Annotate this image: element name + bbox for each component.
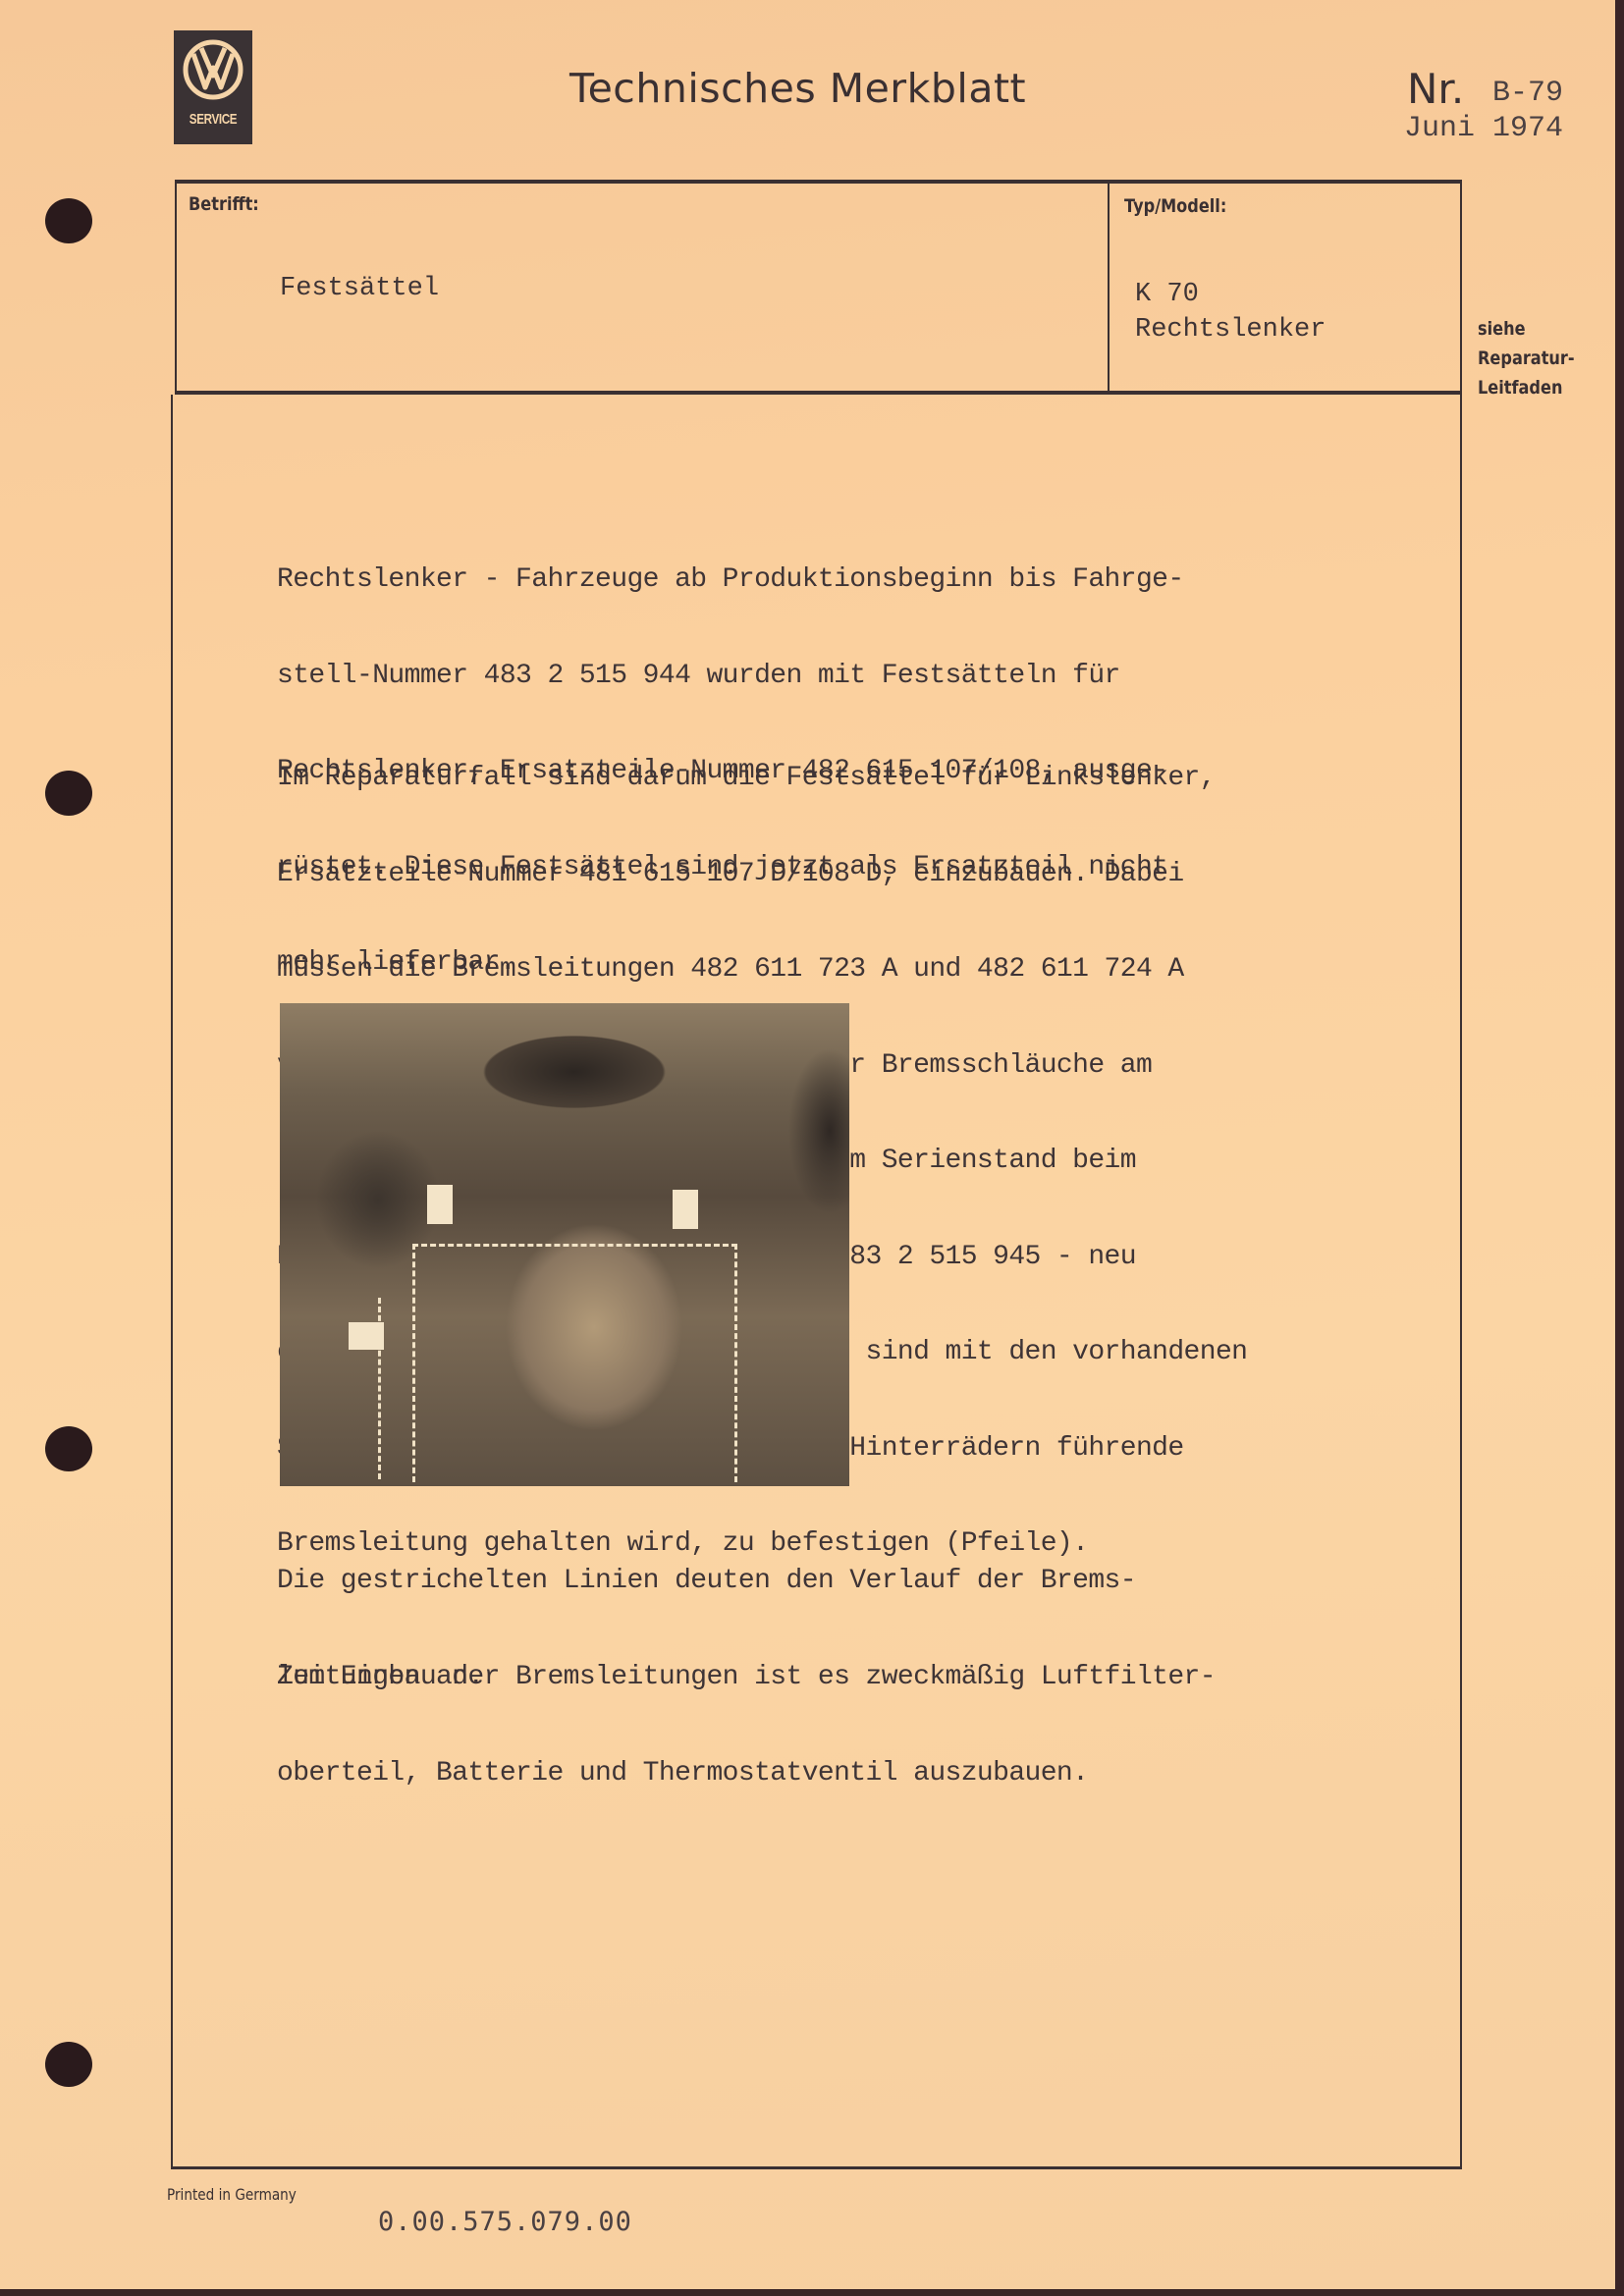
side-note-line: Reparatur- <box>1478 344 1575 373</box>
document-code: 0.00.575.079.00 <box>378 2207 632 2237</box>
text-line: Im Reparaturfall sind darum die Festsätt… <box>277 763 1386 795</box>
subject-label: Betrifft: <box>189 193 259 215</box>
info-box-divider <box>1108 184 1110 391</box>
punch-hole <box>45 2042 92 2087</box>
text-line: oberteil, Batterie und Thermostatventil … <box>277 1758 1386 1790</box>
vw-service-logo: SERVICE <box>174 30 252 144</box>
model-line: Rechtslenker <box>1135 312 1326 347</box>
subject-value: Festsättel <box>280 274 439 303</box>
side-note-line: Leitfaden <box>1478 373 1575 402</box>
text-line: Die gestrichelten Linien deuten den Verl… <box>277 1566 1386 1598</box>
info-box: Betrifft: Festsättel Typ/Modell: K 70 Re… <box>175 180 1462 395</box>
number-label: Nr. <box>1407 65 1464 113</box>
side-note: siehe Reparatur- Leitfaden <box>1478 314 1575 402</box>
document-sheet: SERVICE Technisches Merkblatt Nr. B-79 J… <box>0 0 1615 2289</box>
punch-hole <box>45 771 92 816</box>
arrow-marker <box>673 1190 698 1229</box>
text-line: Ersatzteile-Nummer 481 615 107 D/108 D, … <box>277 859 1386 891</box>
brake-line-route <box>412 1244 737 1482</box>
number-value: B-79 <box>1492 77 1563 110</box>
issue-date: Juni 1974 <box>1404 112 1563 145</box>
printed-in-germany: Printed in Germany <box>167 2185 297 2204</box>
engine-bay-photo <box>280 1003 849 1486</box>
punch-hole <box>45 198 92 243</box>
text-line: müssen die Bremsleitungen 482 611 723 A … <box>277 954 1386 987</box>
paragraph-4: Zum Einbau der Bremsleitungen ist es zwe… <box>277 1598 1386 1853</box>
punch-hole <box>45 1426 92 1471</box>
model-label: Typ/Modell: <box>1124 195 1226 217</box>
arrow-marker <box>427 1185 453 1224</box>
text-line: stell-Nummer 483 2 515 944 wurden mit Fe… <box>277 661 1386 693</box>
model-line: K 70 <box>1135 277 1326 312</box>
logo-service-text: SERVICE <box>183 111 244 128</box>
text-line: Zum Einbau der Bremsleitungen ist es zwe… <box>277 1662 1386 1694</box>
text-line: Rechtslenker - Fahrzeuge ab Produktionsb… <box>277 564 1386 597</box>
side-note-line: siehe <box>1478 314 1575 344</box>
model-value: K 70 Rechtslenker <box>1135 277 1326 347</box>
vw-logo-icon <box>182 38 244 101</box>
page-title: Technisches Merkblatt <box>569 65 1026 112</box>
arrow-marker <box>349 1322 384 1350</box>
